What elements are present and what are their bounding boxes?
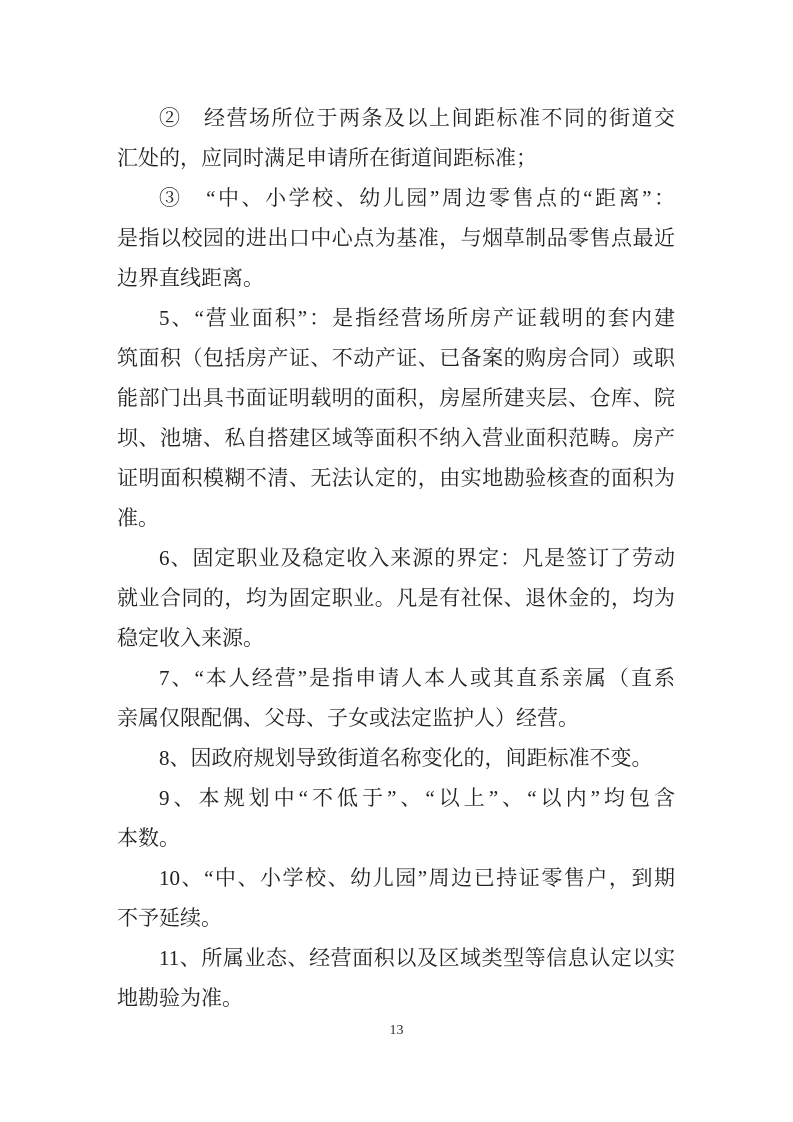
text-line: 5、“营业面积”：是指经营场所房产证载明的套内建 xyxy=(117,298,675,338)
text-line: 6、固定职业及稳定收入来源的界定：凡是签订了劳动 xyxy=(117,538,675,578)
text-line: 坝、池塘、私自搭建区域等面积不纳入营业面积范畴。房产 xyxy=(117,418,675,458)
paragraph: 5、“营业面积”：是指经营场所房产证载明的套内建筑面积（包括房产证、不动产证、已… xyxy=(117,298,675,538)
text-line: 10、“中、小学校、幼儿园”周边已持证零售户，到期 xyxy=(117,858,675,898)
text-line: 稳定收入来源。 xyxy=(117,618,675,658)
paragraph: 9、本规划中“不低于”、“以上”、“以内”均包含本数。 xyxy=(117,778,675,858)
text-line: 7、“本人经营”是指申请人本人或其直系亲属（直系 xyxy=(117,658,675,698)
page-number: 13 xyxy=(0,1022,793,1040)
text-line: 地勘验为准。 xyxy=(117,978,675,1018)
text-line: 本数。 xyxy=(117,818,675,858)
text-line: 准。 xyxy=(117,498,675,538)
text-line: ② 经营场所位于两条及以上间距标准不同的街道交 xyxy=(117,98,675,138)
text-line: 证明面积模糊不清、无法认定的，由实地勘验核查的面积为 xyxy=(117,458,675,498)
text-line: 亲属仅限配偶、父母、子女或法定监护人）经营。 xyxy=(117,698,675,738)
paragraph: ③ “中、小学校、幼儿园”周边零售点的“距离”：是指以校园的进出口中心点为基准，… xyxy=(117,178,675,298)
text-line: 8、因政府规划导致街道名称变化的，间距标准不变。 xyxy=(117,738,675,778)
paragraph: ② 经营场所位于两条及以上间距标准不同的街道交汇处的，应同时满足申请所在街道间距… xyxy=(117,98,675,178)
paragraph: 8、因政府规划导致街道名称变化的，间距标准不变。 xyxy=(117,738,675,778)
text-line: ③ “中、小学校、幼儿园”周边零售点的“距离”： xyxy=(117,178,675,218)
paragraph: 7、“本人经营”是指申请人本人或其直系亲属（直系亲属仅限配偶、父母、子女或法定监… xyxy=(117,658,675,738)
text-line: 能部门出具书面证明载明的面积，房屋所建夹层、仓库、院 xyxy=(117,378,675,418)
text-line: 11、所属业态、经营面积以及区域类型等信息认定以实 xyxy=(117,938,675,978)
text-line: 不予延续。 xyxy=(117,898,675,938)
paragraph: 11、所属业态、经营面积以及区域类型等信息认定以实地勘验为准。 xyxy=(117,938,675,1018)
text-line: 是指以校园的进出口中心点为基准，与烟草制品零售点最近 xyxy=(117,218,675,258)
paragraph: 10、“中、小学校、幼儿园”周边已持证零售户，到期不予延续。 xyxy=(117,858,675,938)
document-body: ② 经营场所位于两条及以上间距标准不同的街道交汇处的，应同时满足申请所在街道间距… xyxy=(117,98,675,1018)
text-line: 汇处的，应同时满足申请所在街道间距标准； xyxy=(117,138,675,178)
text-line: 边界直线距离。 xyxy=(117,258,675,298)
text-line: 9、本规划中“不低于”、“以上”、“以内”均包含 xyxy=(117,778,675,818)
text-line: 筑面积（包括房产证、不动产证、已备案的购房合同）或职 xyxy=(117,338,675,378)
paragraph: 6、固定职业及稳定收入来源的界定：凡是签订了劳动就业合同的，均为固定职业。凡是有… xyxy=(117,538,675,658)
text-line: 就业合同的，均为固定职业。凡是有社保、退休金的，均为 xyxy=(117,578,675,618)
document-page: ② 经营场所位于两条及以上间距标准不同的街道交汇处的，应同时满足申请所在街道间距… xyxy=(0,0,793,1122)
